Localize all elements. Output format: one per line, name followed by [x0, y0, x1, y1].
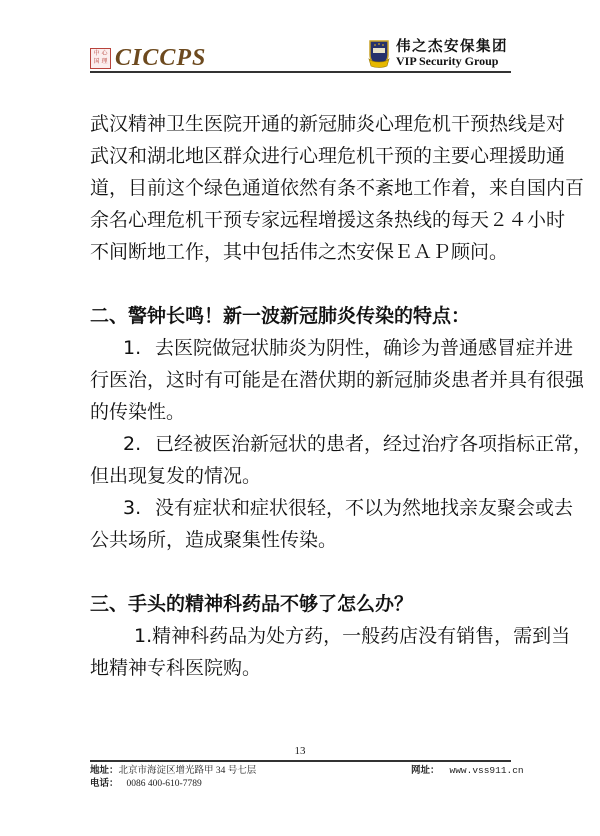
vip-name-en: VIP Security Group [396, 55, 508, 68]
red-seal-icon: 中国 心理 [90, 48, 111, 69]
section-2-heading: 二、警钟长鸣！新一波新冠肺炎传染的特点： [90, 300, 520, 332]
shield-emblem-icon [368, 39, 390, 69]
intro-line: 武汉和湖北地区群众进行心理危机干预的主要心理援助通 [90, 140, 520, 172]
list-number: 1. [123, 332, 155, 364]
list-item-continuation: 的传染性。 [90, 396, 520, 428]
page-number: 13 [0, 745, 600, 757]
list-item-1: 1.精神科药品为处方药，一般药店没有销售，需到当 [90, 620, 520, 652]
footer-divider [90, 760, 511, 762]
list-item-1: 1.去医院做冠状肺炎为阴性，确诊为普通感冒症并进 [90, 332, 520, 364]
website-link[interactable]: www.vss911.cn [450, 765, 524, 776]
intro-line: 不间断地工作，其中包括伟之杰安保ＥＡＰ顾问。 [90, 236, 520, 268]
list-number: 2. [123, 428, 155, 460]
phone-value: 0086 400-610-7789 [127, 779, 202, 789]
intro-line: 道，目前这个绿色通道依然有条不紊地工作着，来自国内百 [90, 172, 520, 204]
address-value: 北京市海淀区增光路甲 34 号七层 [119, 766, 257, 776]
header-divider [90, 71, 511, 73]
ciccps-logo: 中国 心理 CICCPS [90, 46, 206, 70]
vip-name-cn: 伟之杰安保集团 [396, 38, 508, 55]
footer-phone: 电话：0086 400-610-7789 [90, 777, 202, 791]
section-3-heading: 三、手头的精神科药品不够了怎么办？ [90, 588, 520, 620]
list-item-2: 2.已经被医治新冠状的患者，经过治疗各项指标正常， [90, 428, 520, 460]
document-body: 武汉精神卫生医院开通的新冠肺炎心理危机干预热线是对 武汉和湖北地区群众进行心理危… [90, 108, 520, 684]
list-item-continuation: 公共场所，造成聚集性传染。 [90, 524, 520, 556]
spacer [90, 556, 520, 588]
list-item-3: 3.没有症状和症状很轻，不以为然地找亲友聚会或去 [90, 492, 520, 524]
list-number: 1. [134, 620, 152, 652]
spacer [90, 268, 520, 300]
list-number: 3. [123, 492, 155, 524]
intro-line: 余名心理危机干预专家远程增援这条热线的每天２４小时 [90, 204, 520, 236]
ciccps-brand-text: CICCPS [115, 46, 206, 70]
vip-security-logo: 伟之杰安保集团 VIP Security Group [368, 38, 508, 69]
footer-address: 地址：北京市海淀区增光路甲 34 号七层 [90, 764, 256, 778]
intro-line: 武汉精神卫生医院开通的新冠肺炎心理危机干预热线是对 [90, 108, 520, 140]
website-label: 网址： [411, 765, 440, 776]
list-item-continuation: 行医治，这时有可能是在潜伏期的新冠肺炎患者并具有很强 [90, 364, 520, 396]
phone-label: 电话： [90, 778, 119, 789]
footer-website: 网址：www.vss911.cn [411, 764, 524, 777]
address-label: 地址： [90, 765, 119, 776]
list-item-continuation: 地精神专科医院购。 [90, 652, 520, 684]
list-item-continuation: 但出现复发的情况。 [90, 460, 520, 492]
page-header: 中国 心理 CICCPS 伟之杰安保集团 VIP Security Group [90, 38, 512, 72]
document-page: 中国 心理 CICCPS 伟之杰安保集团 VIP Security Group … [0, 0, 600, 836]
